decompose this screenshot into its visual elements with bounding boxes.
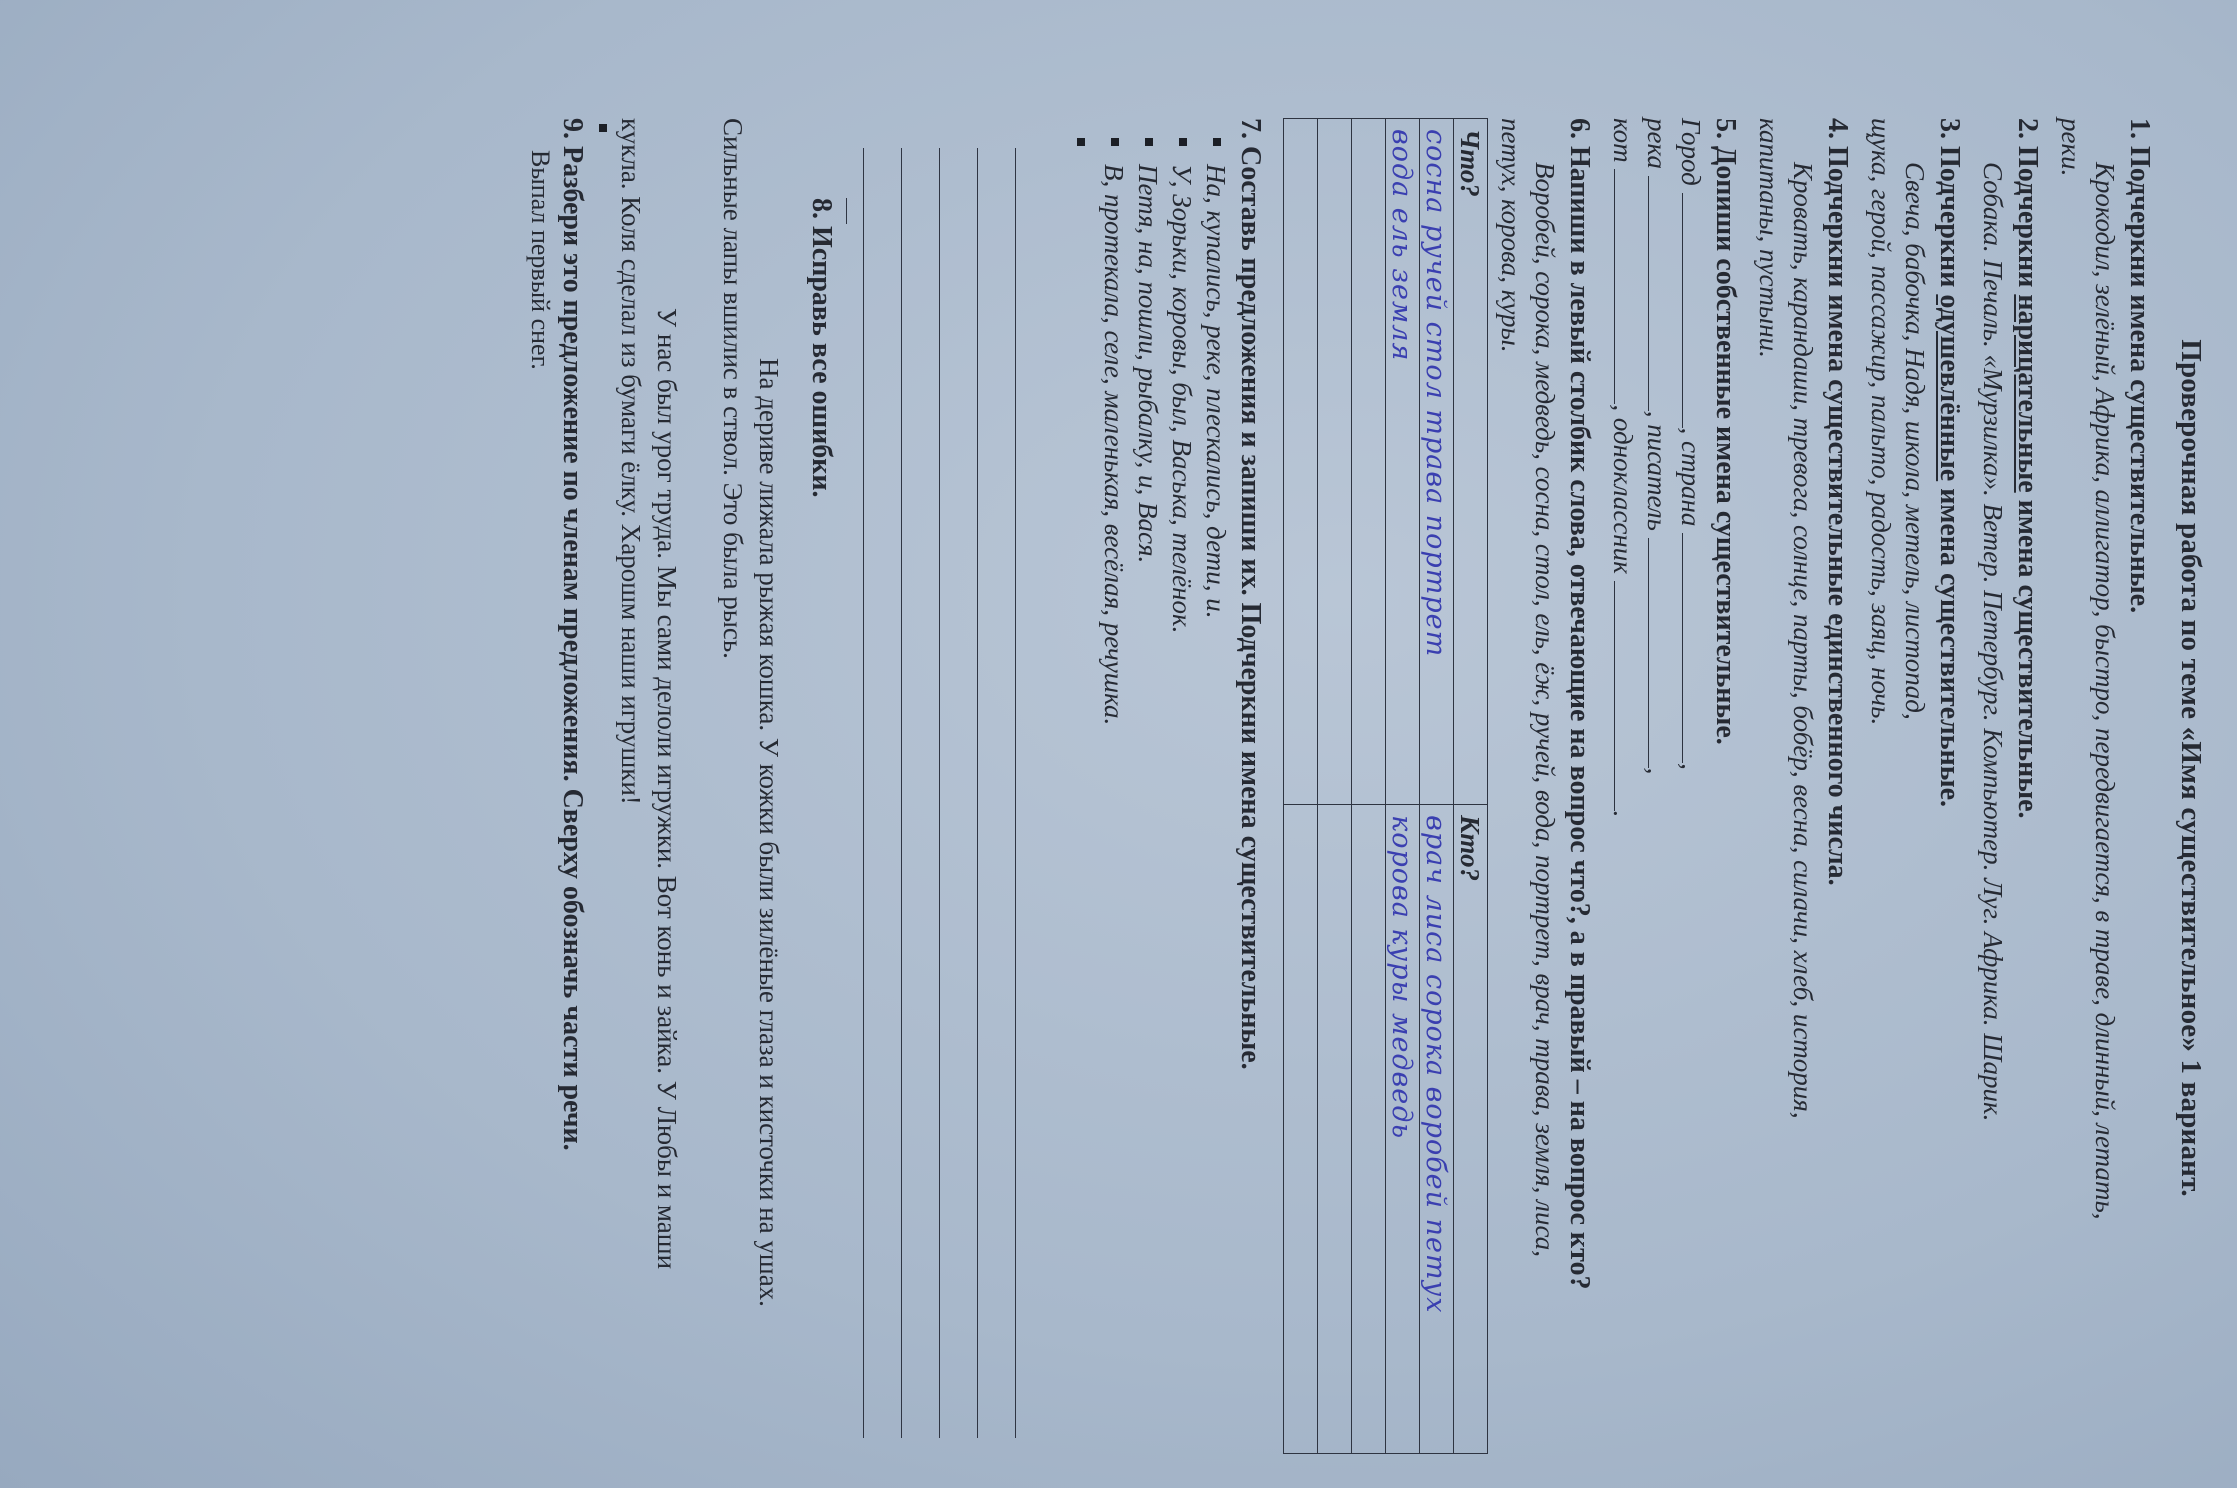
fill-blank[interactable] bbox=[1682, 533, 1705, 763]
handwritten-cell[interactable]: сосна ручей стол трава портрет bbox=[1420, 119, 1454, 805]
word-sets-list: На, купались, реке, плескались, дети, и.… bbox=[1063, 118, 1233, 1418]
task-9-heading: 9. Разбери это предложение по членам пре… bbox=[555, 118, 589, 1418]
table-row: вода ель земля корова куры медведь bbox=[1386, 119, 1420, 1454]
heading-text: 3. Подчеркни bbox=[1934, 118, 1965, 294]
bullet-mark bbox=[599, 124, 607, 132]
sorting-table: Что? Кто? сосна ручей стол трава портрет… bbox=[1283, 118, 1488, 1454]
answer-lines bbox=[863, 148, 1053, 1418]
empty-cell[interactable] bbox=[1352, 805, 1386, 1454]
empty-cell[interactable] bbox=[1318, 119, 1352, 805]
task-6-heading: 6. Напиши в левый столбик слова, отвечаю… bbox=[1562, 118, 1596, 1418]
punctuation: , bbox=[1642, 768, 1672, 775]
task-3-words-cont: щука, герой, пассажир, пальто, радость, … bbox=[1864, 118, 1898, 1418]
fill-row: кот , одноклассник . bbox=[1606, 118, 1640, 1418]
fill-label: , одноклассник bbox=[1608, 404, 1638, 573]
heading-text: имена существительные. bbox=[1934, 481, 1965, 807]
table-row bbox=[1284, 119, 1318, 1454]
list-item: В, протекала, селе, маленькая, весёлая, … bbox=[1097, 138, 1131, 1418]
task-5: 5. Допиши собственные имена существитель… bbox=[1606, 118, 1742, 1418]
task-1-heading: 1. Подчеркни имена существительные. bbox=[2122, 118, 2156, 1418]
table-row bbox=[1352, 119, 1386, 1454]
empty-cell[interactable] bbox=[1284, 805, 1318, 1454]
table-row: сосна ручей стол трава портрет врач лиса… bbox=[1420, 119, 1454, 1454]
fill-label: кот bbox=[1608, 118, 1638, 163]
task-3-words: Свеча, бабочка, Надя, школа, метель, лис… bbox=[1898, 118, 1932, 1418]
error-text-1: На дериве лижала рыжая кошка. У кожки бы… bbox=[715, 118, 787, 1418]
heading-text: имена существительные. bbox=[2012, 493, 2043, 819]
handwritten-cell[interactable]: вода ель земля bbox=[1386, 119, 1420, 805]
task-6: 6. Напиши в левый столбик слова, отвечаю… bbox=[1283, 118, 1596, 1418]
answer-line[interactable] bbox=[863, 148, 901, 1438]
punctuation: . bbox=[1608, 811, 1638, 818]
task-1-words-cont: реки. bbox=[2054, 118, 2088, 1418]
task-2-heading: 2. Подчеркни нарицательные имена существ… bbox=[2010, 118, 2044, 1418]
task-1: 1. Подчеркни имена существительные. Крок… bbox=[2054, 118, 2156, 1418]
task-8-heading: 8. Исправь все ошибки. bbox=[805, 118, 837, 1418]
fill-blank[interactable] bbox=[1614, 581, 1637, 811]
text-line: кукла. Коля сделал из бумаги ёлку. Харош… bbox=[616, 118, 646, 805]
table-header-row: Что? Кто? bbox=[1454, 119, 1488, 1454]
fill-row: река , писатель , bbox=[1640, 118, 1674, 1418]
list-item: Петя, на, пошли, рыбалку, и, Вася. bbox=[1131, 138, 1165, 1418]
answer-line[interactable] bbox=[977, 148, 1015, 1438]
task-7: 7. Составь предложения и запиши их. Подч… bbox=[863, 118, 1267, 1418]
task-5-heading: 5. Допиши собственные имена существитель… bbox=[1708, 118, 1742, 1418]
task-8: 8. Исправь все ошибки. На дериве лижала … bbox=[599, 118, 837, 1418]
task-2: 2. Подчеркни нарицательные имена существ… bbox=[1976, 118, 2044, 1418]
list-item-empty bbox=[1063, 138, 1097, 1418]
column-header-what: Что? bbox=[1454, 119, 1488, 805]
task-3-heading: 3. Подчеркни одушевлённые имена существи… bbox=[1932, 118, 1966, 1418]
task-2-words: Собака. Печаль. «Мурзилка». Ветер. Петер… bbox=[1976, 118, 2010, 1418]
task-6-words: Воробей, сорока, медведь, сосна, стол, е… bbox=[1528, 118, 1562, 1418]
heading-text: 2. Подчеркни bbox=[2012, 118, 2043, 294]
answer-line[interactable] bbox=[1015, 148, 1053, 1438]
task-6-words-cont: петух, корова, куры. bbox=[1494, 118, 1528, 1418]
column-header-who: Кто? bbox=[1454, 805, 1488, 1454]
task-9-sentence: Выпал первый снег. bbox=[525, 118, 555, 1418]
handwritten-cell[interactable]: врач лиса сорока воробей петух bbox=[1420, 805, 1454, 1454]
worksheet-title: Проверочная работа по теме «Имя существи… bbox=[2174, 118, 2207, 1418]
fill-row: Город , страна , bbox=[1674, 118, 1708, 1418]
punctuation: , bbox=[1676, 763, 1706, 770]
fill-blank[interactable] bbox=[1648, 176, 1671, 411]
task-4-heading: 4. Подчеркни имена существительные единс… bbox=[1820, 118, 1854, 1418]
task-4-words: Кровать, карандаши, тревога, солнце, пар… bbox=[1786, 118, 1820, 1418]
fill-blank[interactable] bbox=[1648, 538, 1671, 768]
fill-blank[interactable] bbox=[1614, 169, 1637, 404]
fill-blank[interactable] bbox=[1682, 193, 1705, 428]
task-7-heading: 7. Составь предложения и запиши их. Подч… bbox=[1233, 118, 1267, 1418]
task-4-words-cont: капитаны, пустыни. bbox=[1752, 118, 1786, 1418]
text-line: У нас был урог труда. Мы сами делоли игр… bbox=[649, 118, 685, 1418]
task-9: 9. Разбери это предложение по членам пре… bbox=[525, 118, 589, 1418]
fill-label: , страна bbox=[1676, 428, 1706, 527]
fill-label: , писатель bbox=[1642, 411, 1672, 531]
empty-cell[interactable] bbox=[1318, 805, 1352, 1454]
empty-cell[interactable] bbox=[1352, 119, 1386, 805]
list-item: У, Зорьки, коровы, был, Васька, телёнок. bbox=[1165, 138, 1199, 1418]
text-line: Сильные лапы вшилис в ствол. Это была ры… bbox=[718, 118, 748, 659]
worksheet-page: Проверочная работа по теме «Имя существи… bbox=[0, 0, 2237, 1488]
task-4: 4. Подчеркни имена существительные единс… bbox=[1752, 118, 1854, 1418]
handwritten-cell[interactable]: корова куры медведь bbox=[1386, 805, 1420, 1454]
task-3: 3. Подчеркни одушевлённые имена существи… bbox=[1864, 118, 1966, 1418]
error-text-2: У нас был урог труда. Мы сами делоли игр… bbox=[613, 118, 685, 1418]
text-line: На дериве лижала рыжая кошка. У кожки бы… bbox=[751, 118, 787, 1418]
table-row bbox=[1318, 119, 1352, 1454]
fill-label: река bbox=[1642, 118, 1672, 169]
fill-label: Город bbox=[1676, 118, 1706, 186]
underlined-keyword: нарицательные bbox=[2012, 294, 2043, 492]
photo-frame: Проверочная работа по теме «Имя существи… bbox=[0, 0, 2237, 1488]
list-item: На, купались, реке, плескались, дети, и. bbox=[1199, 138, 1233, 1418]
answer-line[interactable] bbox=[939, 148, 977, 1438]
empty-cell[interactable] bbox=[1284, 119, 1318, 805]
task-1-words: Крокодил, зелёный, Африка, аллигатор, бы… bbox=[2088, 118, 2122, 1418]
underlined-keyword: одушевлённые bbox=[1934, 294, 1965, 481]
answer-line[interactable] bbox=[901, 148, 939, 1438]
